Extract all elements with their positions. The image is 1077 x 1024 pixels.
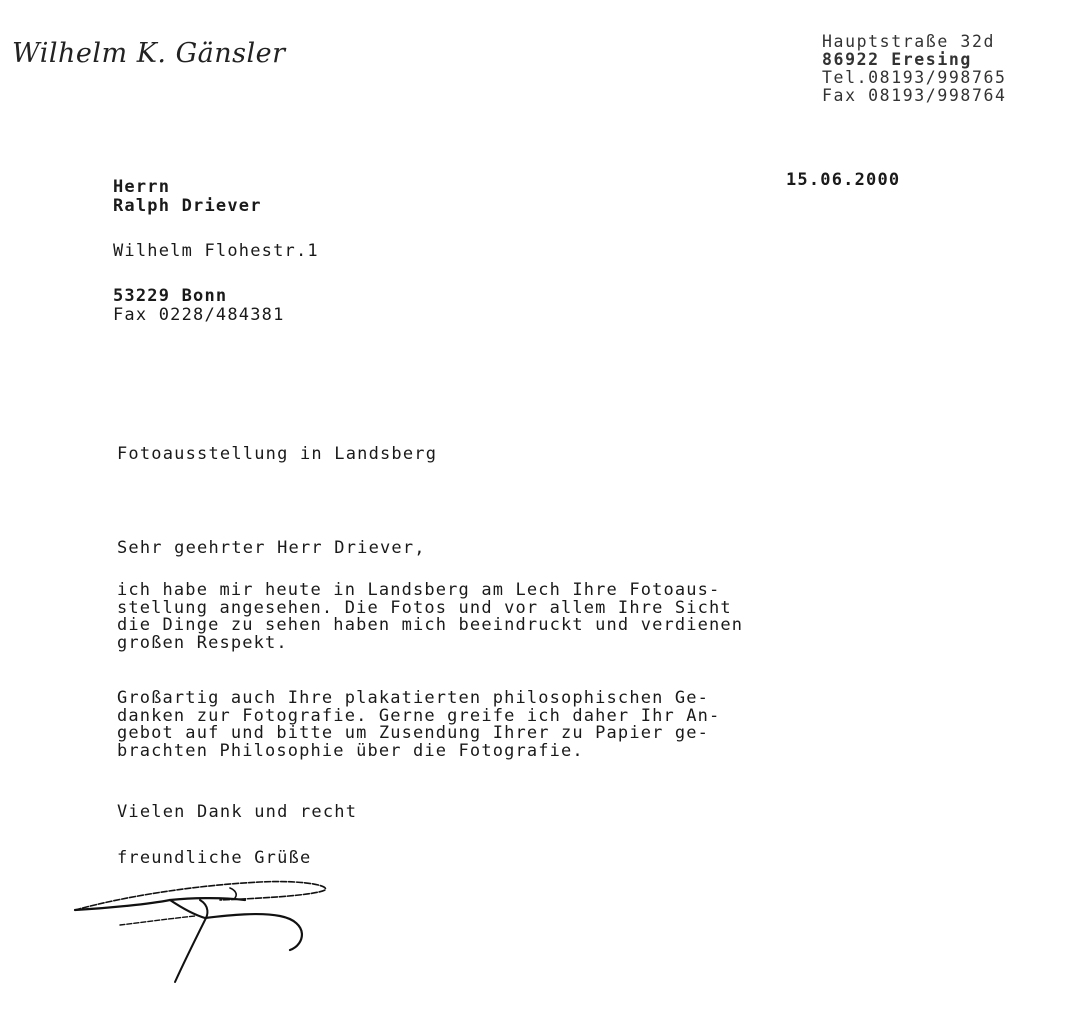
salutation: Sehr geehrter Herr Driever, xyxy=(117,538,426,558)
recipient-name: Ralph Driever xyxy=(113,197,319,216)
subject-line: Fotoausstellung in Landsberg xyxy=(117,444,437,464)
recipient-address: Herrn Ralph Driever Wilhelm Flohestr.1 5… xyxy=(113,178,319,325)
recipient-salutation-line: Herrn xyxy=(113,178,319,197)
body-paragraph-2: Großartig auch Ihre plakatierten philoso… xyxy=(117,690,720,760)
closing-line-2: freundliche Grüße xyxy=(117,848,311,868)
recipient-fax: Fax 0228/484381 xyxy=(113,306,319,325)
handwritten-signature-icon xyxy=(70,870,350,995)
paragraph-line: gebot auf und bitte um Zusendung Ihrer z… xyxy=(117,725,720,743)
sender-city: 86922 Eresing xyxy=(822,51,1007,69)
sender-address: Hauptstraße 32d 86922 Eresing Tel.08193/… xyxy=(822,33,1007,105)
paragraph-line: die Dinge zu sehen haben mich beeindruck… xyxy=(117,617,743,635)
paragraph-line: Großartig auch Ihre plakatierten philoso… xyxy=(117,690,720,708)
paragraph-line: ich habe mir heute in Landsberg am Lech … xyxy=(117,582,743,600)
sender-street: Hauptstraße 32d xyxy=(822,33,1007,51)
sender-fax: Fax 08193/998764 xyxy=(822,87,1007,105)
recipient-city: 53229 Bonn xyxy=(113,287,319,306)
body-paragraph-1: ich habe mir heute in Landsberg am Lech … xyxy=(117,582,743,652)
paragraph-line: großen Respekt. xyxy=(117,635,743,653)
paragraph-line: brachten Philosophie über die Fotografie… xyxy=(117,743,720,761)
sender-tel: Tel.08193/998765 xyxy=(822,69,1007,87)
recipient-street: Wilhelm Flohestr.1 xyxy=(113,242,319,261)
letter-date: 15.06.2000 xyxy=(786,170,900,190)
letterhead-name: Wilhelm K. Gänsler xyxy=(12,38,286,69)
closing-line-1: Vielen Dank und recht xyxy=(117,802,357,822)
